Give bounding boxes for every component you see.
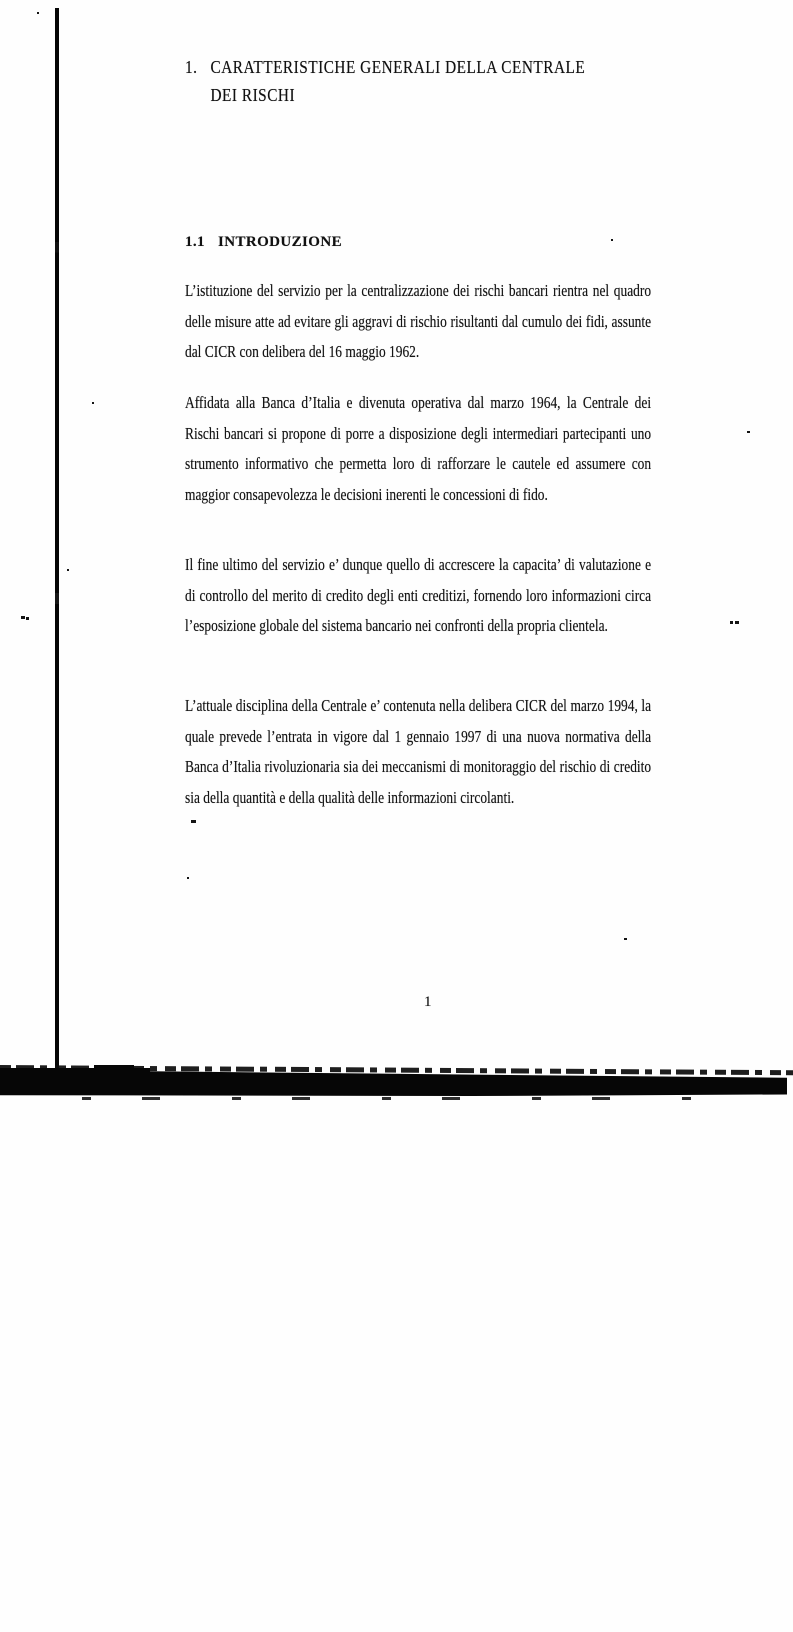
paragraph: L’attuale disciplina della Centrale e’ c… [185,691,651,813]
scan-edge-line [55,8,59,1072]
scan-speck [37,12,39,14]
chapter-number: 1. [185,53,211,81]
scan-speck [747,431,750,433]
chapter-title-line2: DEI RISCHI [185,81,585,109]
section-heading: 1.1INTRODUZIONE [185,234,342,251]
section-label: INTRODUZIONE [218,234,342,250]
scan-speck [92,402,94,404]
chapter-title-line1: 1.CARATTERISTICHE GENERALI DELLA CENTRAL… [185,53,585,81]
scan-speck [67,569,69,571]
scan-speck [611,239,613,241]
scan-speck [735,621,739,624]
scan-bar-bump [94,1065,134,1071]
paragraph: Il fine ultimo del servizio e’ dunque qu… [185,550,651,642]
chapter-title: 1.CARATTERISTICHE GENERALI DELLA CENTRAL… [185,53,585,109]
scan-speck [21,616,25,619]
scan-speck [187,877,189,879]
scanned-document-page: 1.CARATTERISTICHE GENERALI DELLA CENTRAL… [0,0,793,1632]
scan-bar-noise-bottom [82,1097,722,1100]
scan-speck [26,617,29,620]
paragraph: Affidata alla Banca d’Italia e divenuta … [185,388,651,510]
section-number: 1.1 [185,234,218,251]
scan-speck [730,621,733,624]
paragraph: L’istituzione del servizio per la centra… [185,276,651,368]
chapter-title-text: CARATTERISTICHE GENERALI DELLA CENTRALE [211,57,586,77]
page-number: 1 [424,994,432,1011]
scan-speck [191,820,196,823]
scan-speck [624,938,627,940]
